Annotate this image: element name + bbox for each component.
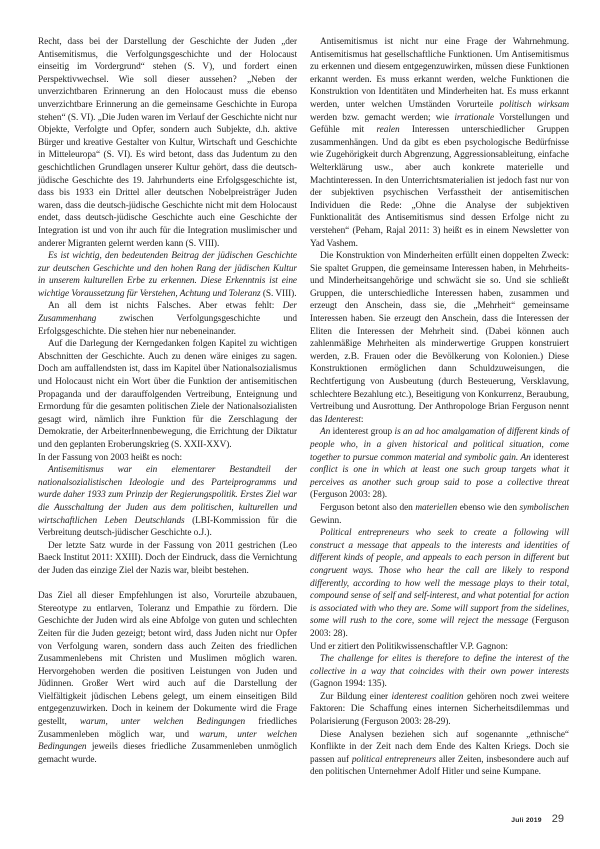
text-segment-italic: political entrepreneurs: [352, 755, 436, 765]
text-segment: identerest: [531, 453, 569, 463]
text-segment-italic: identerest coalition: [392, 692, 464, 702]
text-segment: Der letzte Satz wurde in der Fassung von…: [38, 541, 297, 576]
text-segment-italic: politisch wirksam: [500, 100, 569, 110]
text-segment-italic: An: [320, 427, 330, 437]
text-segment-italic: Identerest: [325, 415, 361, 425]
text-segment-italic: realen: [376, 125, 399, 135]
paragraph: Auf die Darlegung der Kerngedanken folge…: [38, 338, 297, 451]
text-segment: Recht, dass bei der Darstellung der Gesc…: [38, 37, 297, 249]
text-segment-italic: Political entrepreneurs who seek to crea…: [310, 528, 569, 626]
paragraph: Es ist wichtig, den bedeutenden Beitrag …: [38, 250, 297, 300]
paragraph: Political entrepreneurs who seek to crea…: [310, 527, 569, 640]
text-segment: In der Fassung von 2003 heißt es noch:: [38, 453, 182, 463]
paragraph: An all dem ist nichts Falsches. Aber etw…: [38, 300, 297, 338]
text-segment: identerest group: [330, 427, 394, 437]
text-segment: (Ferguson 2003: 28).: [310, 490, 387, 500]
paragraph: Ferguson betont also den materiellen ebe…: [310, 502, 569, 527]
text-segment: Und er zitiert den Politikwissenschaftle…: [310, 642, 508, 652]
text-segment: :: [361, 415, 364, 425]
text-segment: Gewinn.: [310, 516, 341, 526]
paragraph: The challenge for elites is therefore to…: [310, 653, 569, 691]
paragraph: Und er zitiert den Politikwissenschaftle…: [310, 641, 569, 654]
text-segment-italic: irrationale: [454, 113, 494, 123]
text-segment: An all dem ist nichts Falsches. Aber etw…: [48, 301, 283, 311]
paragraph: Diese Analysen beziehen sich auf sogenan…: [310, 729, 569, 779]
text-segment: Ferguson betont also den: [320, 503, 415, 513]
text-segment-italic: warum, unter welchen Bedingungen: [80, 717, 245, 727]
text-segment-italic: Es ist wichtig, den bedeutenden Beitrag …: [38, 251, 297, 299]
text-segment-italic: The challenge for elites is therefore to…: [310, 654, 569, 677]
paragraph: An identerest group is an ad hoc amalgam…: [310, 426, 569, 502]
text-segment: (S. VIII).: [261, 289, 297, 299]
text-segment: (Gagnon 1994: 135).: [310, 679, 387, 689]
text-segment: Zur Bildung einer: [320, 692, 392, 702]
text-segment-italic: materiellen: [415, 503, 457, 513]
paragraph: Die Konstruktion von Minderheiten erfüll…: [310, 250, 569, 426]
paragraph: Antisemitismus ist nicht nur eine Frage …: [310, 36, 569, 250]
right-text-column: Antisemitismus ist nicht nur eine Frage …: [310, 36, 569, 779]
left-text-column: Recht, dass bei der Darstellung der Gesc…: [38, 36, 297, 766]
text-segment: Auf die Darlegung der Kerngedanken folge…: [38, 339, 297, 450]
footer-page-number: 29: [552, 813, 564, 825]
footer-issue-date: Juli 2019: [511, 817, 542, 824]
text-segment: ebenso wie den: [457, 503, 519, 513]
text-segment: Das Ziel all dieser Empfehlungen ist als…: [38, 591, 297, 727]
text-segment-italic: conflict is one in which at least one su…: [310, 465, 569, 488]
paragraph: Das Ziel all dieser Empfehlungen ist als…: [38, 590, 297, 766]
paragraph: Der letzte Satz wurde in der Fassung von…: [38, 540, 297, 578]
paragraph: Antisemitismus war ein elementarer Besta…: [38, 464, 297, 540]
text-segment: werden bzw. gemacht werden; wie: [310, 113, 454, 123]
text-segment: Die Konstruktion von Minderheiten erfüll…: [310, 251, 569, 425]
text-segment-italic: symbolischen: [520, 503, 570, 513]
paragraph: Recht, dass bei der Darstellung der Gesc…: [38, 36, 297, 250]
text-segment: Interessen unterschiedlicher Gruppen zus…: [310, 125, 569, 248]
page-footer: Juli 2019 29: [511, 813, 564, 825]
paragraph: Zur Bildung einer identerest coalition g…: [310, 691, 569, 729]
paragraph: In der Fassung von 2003 heißt es noch:: [38, 452, 297, 465]
document-page: Recht, dass bei der Darstellung der Gesc…: [0, 0, 600, 849]
